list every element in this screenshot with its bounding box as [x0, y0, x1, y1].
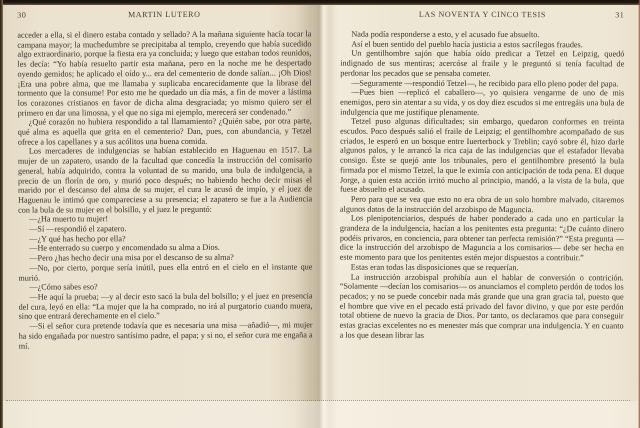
scan-left-edge [0, 0, 3, 428]
dialogue-line: —No, por cierto, porque sería inútil, pu… [18, 262, 312, 283]
dialogue-line: —Si el señor cura pretende todavía que e… [19, 320, 313, 350]
right-page-number: 31 [590, 10, 624, 19]
right-page: LAS NOVENTA Y CINCO TESIS 31 Nada podía … [340, 10, 625, 341]
right-running-header: LAS NOVENTA Y CINCO TESIS 31 [340, 10, 624, 20]
paragraph: Tetzel puso algunas dificultades; sin em… [340, 117, 624, 195]
left-page: 30 MARTIN LUTERO acceder a ella, si el d… [17, 9, 312, 350]
paragraph: Los mercaderes de indulgencias se habían… [18, 146, 312, 215]
paragraph: acceder a ella, si el dinero estaba cont… [17, 29, 311, 118]
paragraph: Estas eran todas las disposiciones que s… [340, 263, 624, 273]
paragraph: La instrucción arzobispal prohibía aun e… [340, 272, 624, 341]
right-page-body: Nada podía responderse a esto, y el acus… [340, 30, 625, 341]
dialogue-line: —He aquí la prueba; —y al decir esto sac… [18, 291, 312, 321]
underlying-page-edge [3, 401, 638, 428]
left-page-body: acceder a ella, si el dinero estaba cont… [17, 29, 312, 350]
right-running-head: LAS NOVENTA Y CINCO TESIS [374, 10, 590, 20]
paragraph: Nada podía responderse a esto, y el acus… [340, 30, 624, 40]
left-running-head: MARTIN LUTERO [51, 10, 277, 20]
left-page-number: 30 [17, 10, 51, 19]
book-scan: 30 MARTIN LUTERO acceder a ella, si el d… [0, 0, 640, 428]
dialogue-line: —Pues bien —replicó el caballero—, yo qu… [340, 88, 624, 118]
left-running-header: 30 MARTIN LUTERO [17, 9, 311, 19]
paragraph: Pero para que se vea que esto no era obr… [340, 195, 624, 215]
paragraph: ¿Qué corazón no hubiera respondido a tal… [18, 117, 312, 147]
paragraph: Los plenipotenciarios, después de haber … [340, 214, 624, 263]
paragraph: Un gentilhombre sajón que había oído pre… [340, 49, 624, 79]
